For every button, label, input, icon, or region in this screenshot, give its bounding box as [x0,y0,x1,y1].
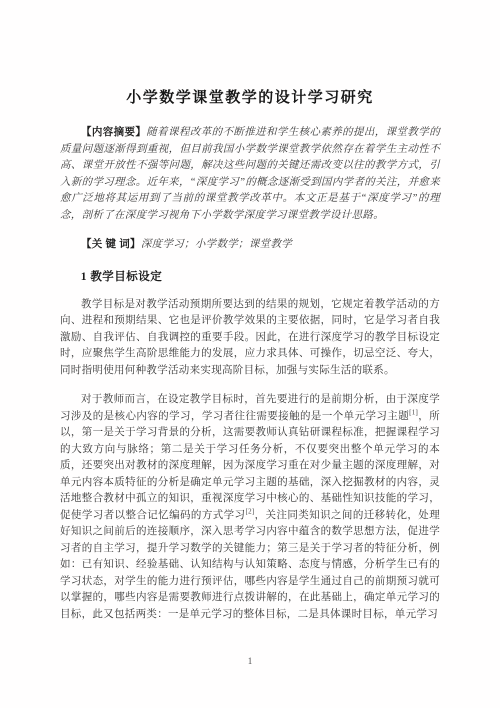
abstract-text: 随着课程改革的不断推进和学生核心素养的提出，课堂教学的质量问题逐渐得到重视，但目… [60,127,440,221]
keywords-label: 【关 键 词】 [81,239,141,250]
paragraph-2-text-3: ，关注同类知识之间的迁移转化，处理好知识之间前后的连接顺序，深入思考学习内容中蕴… [60,510,440,620]
abstract-label: 【内容摘要】 [81,127,146,138]
section-heading: 1 教学目标设定 [60,268,440,284]
keywords-line: 【关 键 词】深度学习；小学数学；课堂教学 [60,237,440,254]
document-title: 小学数学课堂教学的设计学习研究 [60,86,440,107]
page-number: 1 [0,656,500,666]
keywords-text: 深度学习；小学数学；课堂教学 [141,239,292,250]
paragraph-1: 教学目标是对教学活动预期所要达到的结果的规划，它规定着教学活动的方向、进程和预期… [60,297,440,380]
footnote-ref-1: [1] [409,408,418,416]
paragraph-2: 对于教师而言，在设定教学目标时，首先要进行的是前期分析，由于深度学习涉及的是核心… [60,392,440,623]
document-page: 小学数学课堂教学的设计学习研究 【内容摘要】随着课程改革的不断推进和学生核心素养… [0,0,500,708]
paragraph-2-text-1: 对于教师而言，在设定教学目标时，首先要进行的是前期分析，由于深度学习涉及的是核心… [60,394,440,422]
footnote-ref-2: [2] [245,507,254,515]
paragraph-2-text-2: ，所以，第一是关于学习背景的分析，这需要教师认真钻研课程标准，把握课程学习的大致… [60,411,440,521]
abstract-paragraph: 【内容摘要】随着课程改革的不断推进和学生核心素养的提出，课堂教学的质量问题逐渐得… [60,125,440,224]
